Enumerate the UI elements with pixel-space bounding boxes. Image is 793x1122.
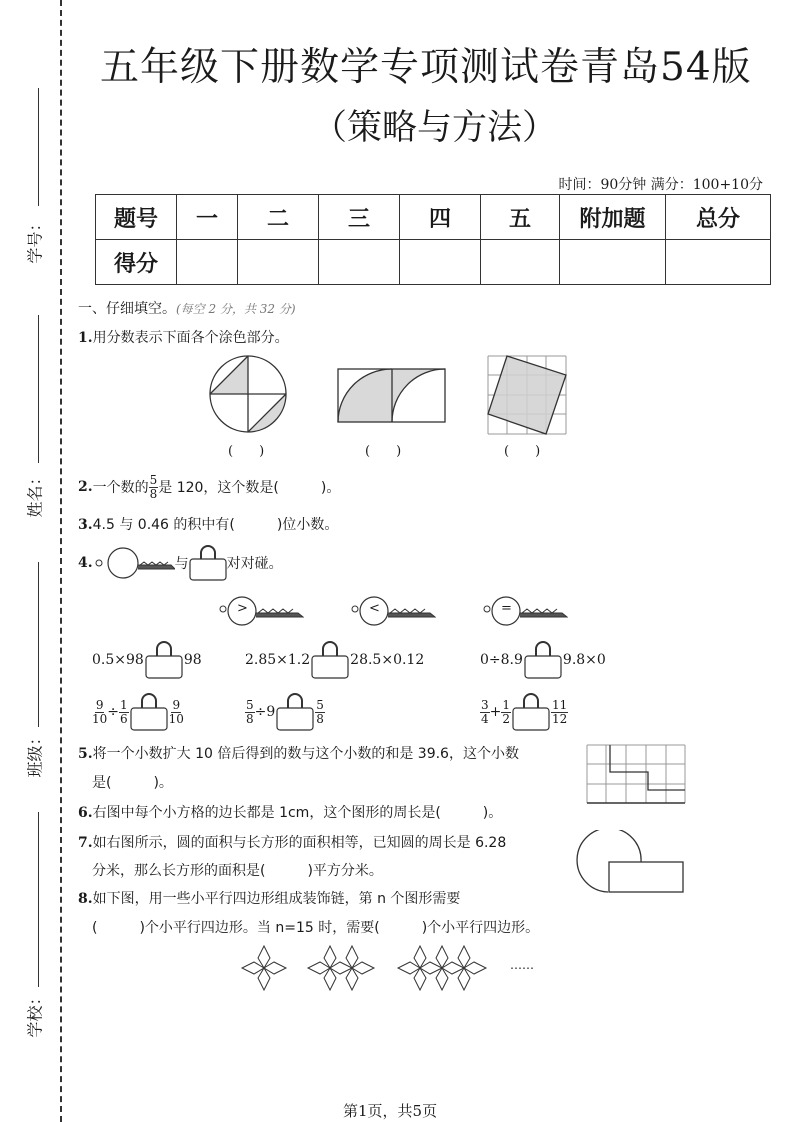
binding-dashed-line: [60, 0, 62, 1122]
fraction: 910: [169, 699, 184, 725]
operator: +: [490, 704, 502, 720]
question-number: 2.: [78, 479, 93, 495]
score-cell[interactable]: [481, 240, 560, 285]
expression-left: 2.85×1.2: [245, 652, 310, 668]
key-symbol: =: [501, 601, 512, 616]
question-text: 一个数的: [93, 477, 149, 497]
key-options: > < =: [218, 596, 568, 626]
section-note: (每空 2 分，共 32 分): [176, 302, 296, 316]
question-number: 6.: [78, 805, 93, 821]
denominator: 8: [150, 488, 158, 501]
table-cell: 附加题: [560, 195, 666, 240]
question-number: 1.: [78, 330, 93, 346]
numerator: 5: [245, 699, 255, 713]
numerator: 5: [149, 474, 159, 488]
question-text: 如右图所示，圆的面积与长方形的面积相等，已知圆的周长是 6.28: [93, 835, 507, 851]
score-cell[interactable]: [400, 240, 481, 285]
question-text: 4.5 与 0.46 的积中有( )位小数。: [93, 517, 339, 533]
question-number: 7.: [78, 835, 93, 851]
question-5: 5.将一个小数扩大 10 倍后得到的数与这个小数的和是 39.6，这个小数: [78, 743, 519, 763]
table-cell: 一: [177, 195, 238, 240]
key-icon: [350, 596, 436, 626]
fraction: 58: [245, 699, 255, 725]
compare-item: 0÷8.9 9.8×0: [480, 640, 606, 680]
answer-blank[interactable]: ( ): [228, 440, 264, 459]
class-line: [38, 562, 39, 727]
numerator: 9: [95, 699, 105, 713]
question-6: 6.右图中每个小方格的边长都是 1cm，这个图形的周长是( )。: [78, 802, 502, 822]
grid-square-figure: [487, 355, 567, 435]
question-8-line2: ( )个小平行四边形。当 n=15 时，需要( )个小平行四边形。: [92, 917, 539, 937]
lock-answer-box[interactable]: [275, 692, 315, 732]
fraction: 1112: [551, 699, 568, 725]
question-text: 对对碰。: [227, 553, 283, 573]
table-cell: 总分: [666, 195, 771, 240]
lock-answer-box[interactable]: [511, 692, 551, 732]
fraction: 34: [480, 699, 490, 725]
question-text: 与: [175, 553, 189, 573]
question-1: 1.用分数表示下面各个涂色部分。: [78, 327, 289, 347]
key-equal[interactable]: =: [482, 596, 568, 626]
fraction: 16: [119, 699, 129, 725]
key-less[interactable]: <: [350, 596, 436, 626]
numerator: 1: [119, 699, 129, 713]
student-id-line: [38, 88, 39, 206]
denominator: 8: [316, 713, 324, 726]
key-greater[interactable]: >: [218, 596, 304, 626]
denominator: 10: [92, 713, 107, 726]
score-table: 题号 一 二 三 四 五 附加题 总分 得分: [95, 194, 771, 285]
page-title: 五年级下册数学专项测试卷青岛54版: [100, 36, 752, 92]
question-number: 8.: [78, 891, 93, 907]
score-cell[interactable]: [666, 240, 771, 285]
table-cell: 四: [400, 195, 481, 240]
fraction: 910: [92, 699, 107, 725]
question-text: 如下图，用一些小平行四边形组成装饰链，第 n 个图形需要: [93, 891, 461, 907]
fraction: 58: [315, 699, 325, 725]
score-cell[interactable]: [238, 240, 319, 285]
fraction: 12: [501, 699, 511, 725]
table-cell: 题号: [96, 195, 177, 240]
table-cell: 二: [238, 195, 319, 240]
compare-item: 58 ÷9 58: [245, 692, 325, 732]
denominator: 2: [502, 713, 510, 726]
answer-blank[interactable]: ( ): [365, 440, 401, 459]
score-table-score-row: 得分: [96, 240, 771, 285]
question-7: 7.如右图所示，圆的面积与长方形的面积相等，已知圆的周长是 6.28: [78, 832, 506, 852]
compare-item: 2.85×1.2 28.5×0.12: [245, 640, 424, 680]
numerator: 11: [551, 699, 568, 713]
numerator: 3: [480, 699, 490, 713]
question-text: 将一个小数扩大 10 倍后得到的数与这个小数的和是 39.6，这个小数: [93, 746, 519, 762]
name-label: 姓名：: [23, 469, 46, 517]
numerator: 1: [501, 699, 511, 713]
table-cell: 五: [481, 195, 560, 240]
table-cell: 得分: [96, 240, 177, 285]
question-7-line2: 分米，那么长方形的面积是( )平方分米。: [92, 860, 383, 880]
operator: ÷: [107, 704, 119, 720]
name-line: [38, 315, 39, 463]
grid-path-figure: [586, 744, 686, 804]
school-line: [38, 812, 39, 987]
class-label: 班级：: [23, 729, 46, 777]
lock-answer-box[interactable]: [523, 640, 563, 680]
question-2: 2. 一个数的 58 是 120，这个数是( )。: [78, 474, 340, 500]
exam-meta: 时间：90分钟 满分：100+10分: [558, 174, 763, 194]
ellipsis: ……: [510, 958, 534, 972]
question-text: 是 120，这个数是( )。: [158, 477, 340, 497]
answer-blank[interactable]: ( ): [504, 440, 540, 459]
expression-right: 9.8×0: [563, 652, 606, 668]
question-4: 4. 与 对对碰。: [78, 545, 283, 581]
student-id-label: 学号：: [23, 215, 46, 263]
circle-figure: [208, 354, 288, 434]
circle-rectangle-figure: [576, 830, 686, 896]
page-subtitle: （策略与方法）: [312, 100, 557, 150]
key-symbol: <: [369, 601, 380, 616]
lock-answer-box[interactable]: [144, 640, 184, 680]
question-number: 3.: [78, 517, 93, 533]
fraction: 58: [149, 474, 159, 500]
expression-right: 98: [184, 652, 202, 668]
key-icon: [218, 596, 304, 626]
school-label: 学校：: [23, 989, 46, 1037]
rectangle-arc-figure: [337, 368, 447, 424]
compare-item: 0.5×98 98: [92, 640, 202, 680]
denominator: 4: [481, 713, 489, 726]
denominator: 12: [552, 713, 567, 726]
score-cell[interactable]: [177, 240, 238, 285]
denominator: 6: [120, 713, 128, 726]
compare-item: 34 + 12 1112: [480, 692, 568, 732]
operator: ÷9: [255, 704, 276, 720]
page-number: 第1页，共5页: [343, 1100, 437, 1121]
compare-item: 910 ÷ 16 910: [92, 692, 184, 732]
question-text: 右图中每个小方格的边长都是 1cm，这个图形的周长是( )。: [93, 805, 503, 821]
question-5-line2: 是( )。: [92, 772, 173, 792]
lock-icon: [189, 545, 227, 581]
question-8: 8.如下图，用一些小平行四边形组成装饰链，第 n 个图形需要: [78, 888, 460, 908]
expression-left: 0.5×98: [92, 652, 144, 668]
lock-answer-box[interactable]: [310, 640, 350, 680]
expression-right: 28.5×0.12: [350, 652, 424, 668]
key-icon: [93, 547, 175, 579]
numerator: 9: [171, 699, 181, 713]
numerator: 5: [315, 699, 325, 713]
question-number: 5.: [78, 746, 93, 762]
expression-left: 0÷8.9: [480, 652, 523, 668]
score-cell[interactable]: [560, 240, 666, 285]
question-number: 4.: [78, 555, 93, 571]
score-table-header-row: 题号 一 二 三 四 五 附加题 总分: [96, 195, 771, 240]
section-title: 一、仔细填空。: [78, 301, 176, 317]
score-cell[interactable]: [319, 240, 400, 285]
key-icon: [482, 596, 568, 626]
lock-answer-box[interactable]: [129, 692, 169, 732]
key-symbol: >: [237, 601, 248, 616]
parallelogram-chain-figure: [240, 944, 520, 992]
denominator: 10: [169, 713, 184, 726]
denominator: 8: [246, 713, 254, 726]
section-heading: 一、仔细填空。(每空 2 分，共 32 分): [78, 298, 296, 318]
question-text: 用分数表示下面各个涂色部分。: [93, 330, 289, 346]
question-3: 3.4.5 与 0.46 的积中有( )位小数。: [78, 514, 338, 534]
table-cell: 三: [319, 195, 400, 240]
